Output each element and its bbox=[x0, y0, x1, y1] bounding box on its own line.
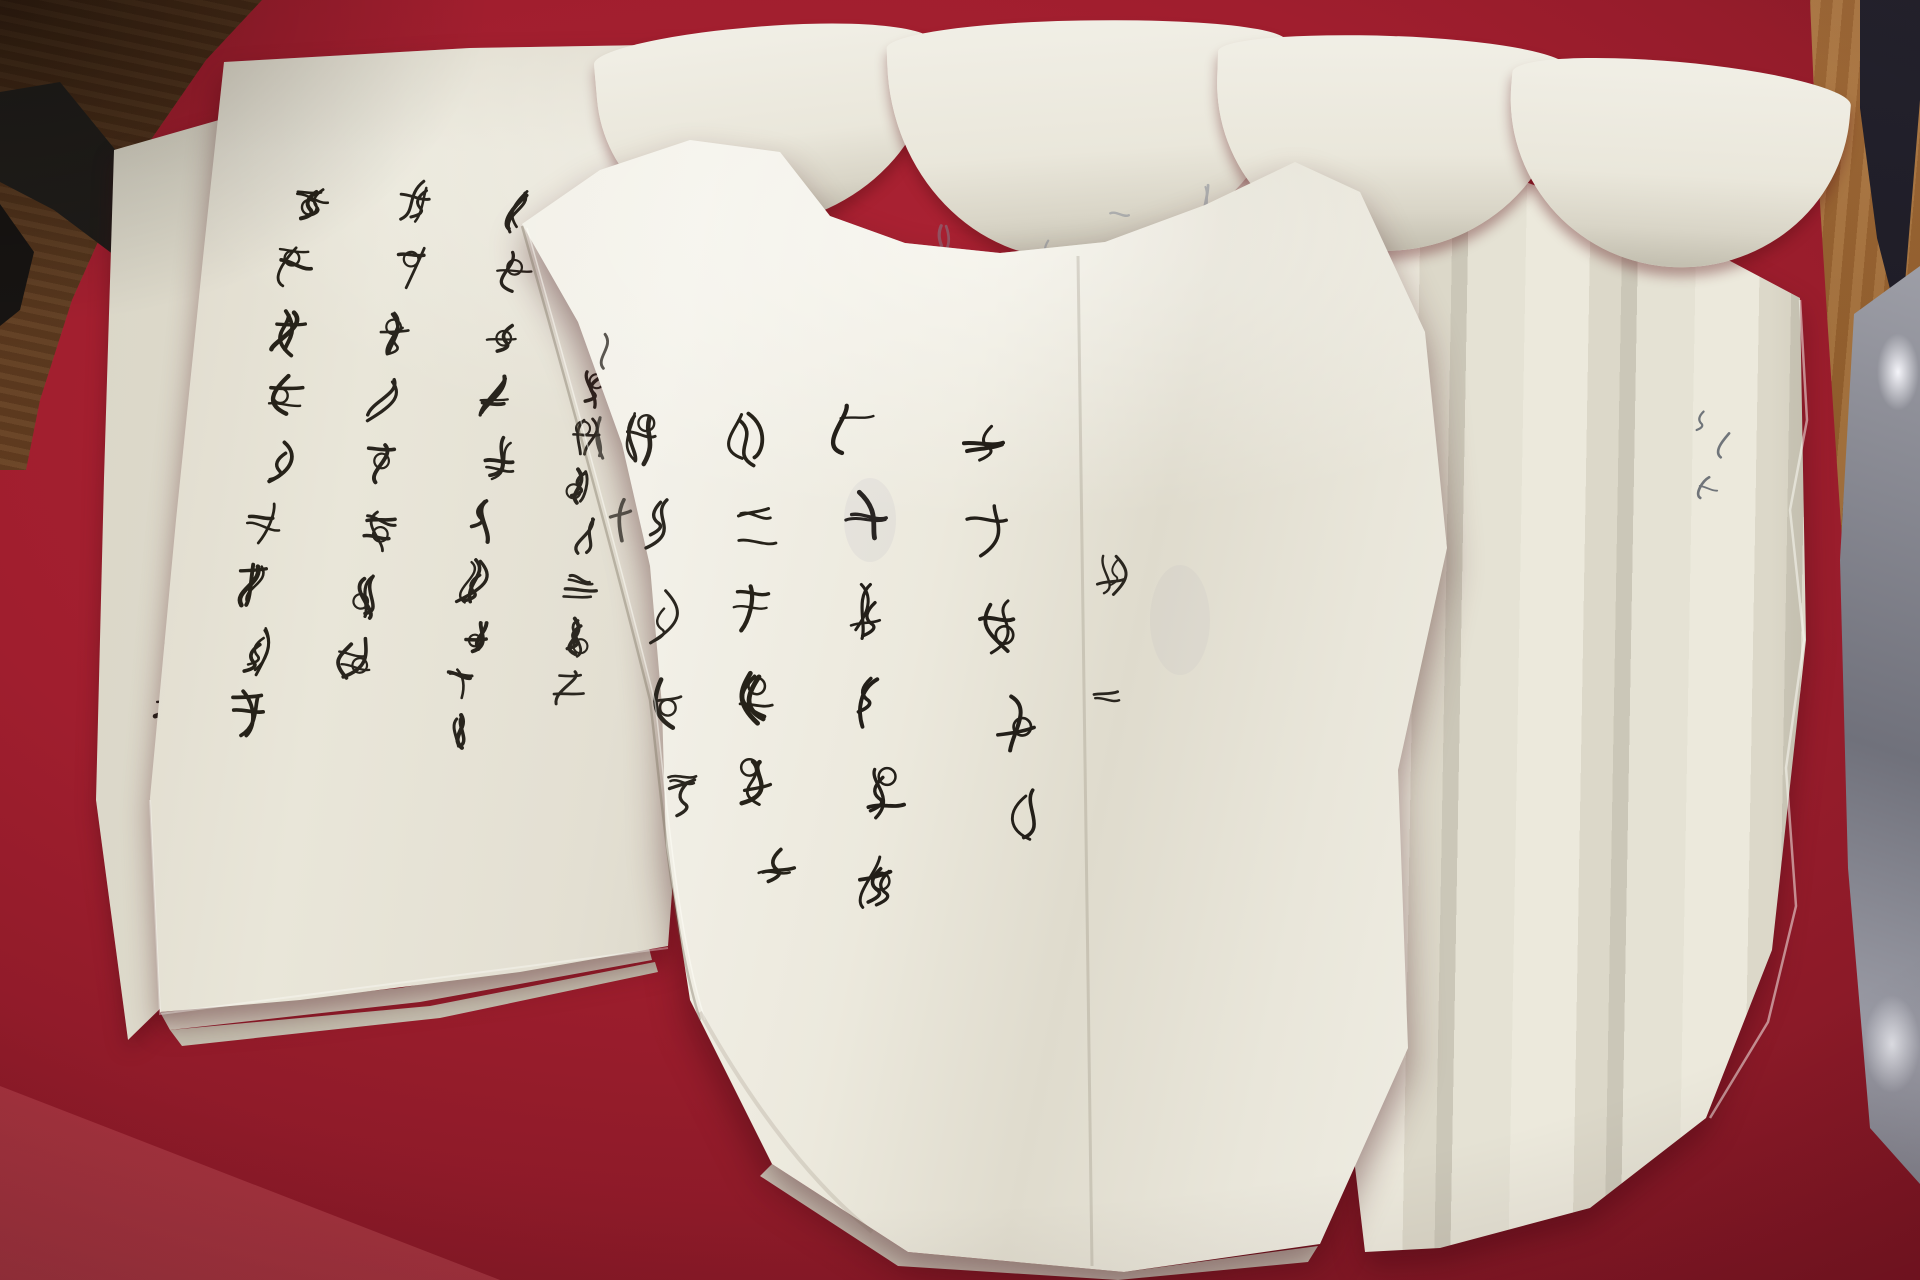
partial-glyph-mark bbox=[1695, 470, 1723, 507]
photo-stage: Old folded Korean manuscript booklet wri… bbox=[0, 0, 1920, 1280]
partial-glyph-mark bbox=[1713, 429, 1738, 465]
torn-edge-ink-marks bbox=[0, 0, 1920, 1280]
partial-glyph-mark bbox=[1692, 400, 1714, 434]
